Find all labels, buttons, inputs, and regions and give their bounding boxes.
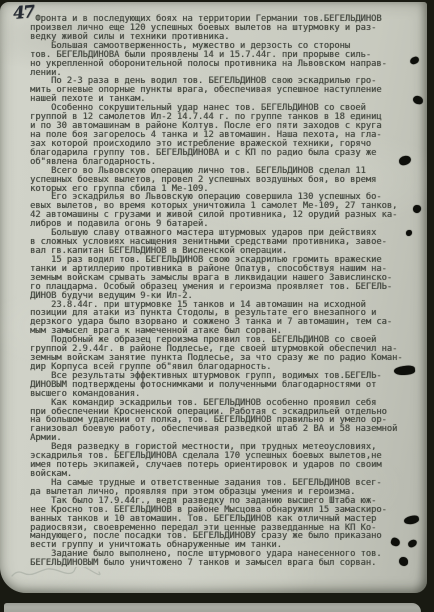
typewritten-text: Фронта и в последующих боях на территори… bbox=[0, 2, 427, 568]
text-line: имея потерь экипажей, случаев потерь ори… bbox=[30, 461, 427, 470]
document-page: 47 Фронта и в последующих боях на террит… bbox=[0, 2, 427, 593]
scanned-page: 47 Фронта и в последующих боях на террит… bbox=[0, 0, 434, 612]
underlying-page-edge bbox=[4, 603, 421, 612]
text-line: ганизовал боевую работу, обеспечивая раз… bbox=[30, 425, 427, 434]
ink-blot bbox=[399, 557, 408, 566]
text-line: но укрепленной оборонительной полосы про… bbox=[30, 60, 427, 69]
pencil-scribble bbox=[10, 567, 102, 581]
